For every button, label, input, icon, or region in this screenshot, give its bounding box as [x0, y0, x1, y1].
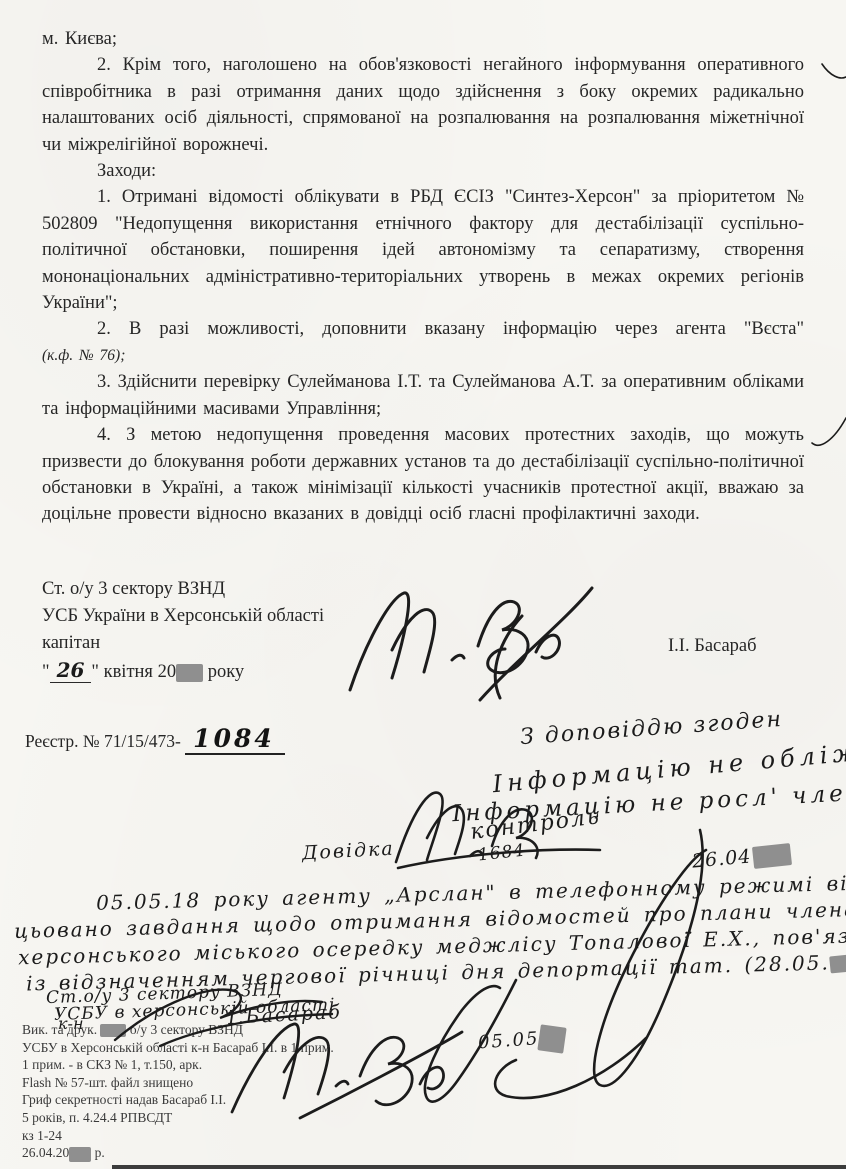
footer-line-7: кз 1-24: [22, 1127, 334, 1145]
redaction-executor: [100, 1024, 126, 1037]
footer-date-post: р.: [95, 1145, 105, 1160]
executor-footer: Вик. та друк. о/у 3 сектору ВЗНД УСБУ в …: [22, 1021, 334, 1162]
registry-label: Реєстр. № 71/15/473-: [25, 731, 181, 751]
measure-item-2: 2. В разі можливості, доповнити вказану …: [42, 316, 804, 342]
redaction-footer-year: [69, 1147, 91, 1162]
redaction-report-date-year: [537, 1024, 566, 1053]
measure-item-4: 4. З метою недопущення проведення масови…: [42, 422, 804, 528]
resolution-date: 26.04: [691, 845, 752, 872]
city-line: м. Києва;: [42, 26, 804, 52]
footer-line-8: 26.04.20 р.: [22, 1144, 334, 1162]
footer-line-4: Flash № 57-шт. файл знищено: [22, 1074, 334, 1092]
measure-item-3: 3. Здійснити перевірку Сулейманова І.Т. …: [42, 369, 804, 422]
date-open-quote: ": [42, 662, 50, 682]
redaction-resolution-year: [752, 843, 792, 869]
signature-main: [350, 588, 592, 700]
date-suffix: року: [208, 662, 244, 682]
footer-line-3: 1 прим. - в СКЗ № 1, т.150, арк.: [22, 1056, 334, 1074]
footer-line-1: Вик. та друк. о/у 3 сектору ВЗНД: [22, 1021, 334, 1039]
edge-pen-marks: [812, 64, 846, 445]
officer-block: Ст. о/у 3 сектору ВЗНД УСБ України в Хер…: [42, 576, 324, 686]
typed-text-block: м. Києва; 2. Крім того, наголошено на об…: [42, 26, 804, 528]
paragraph-2: 2. Крім того, наголошено на обов'язковос…: [42, 52, 804, 158]
measures-heading: Заходи:: [42, 158, 804, 184]
registry-number-handwritten: 1084: [185, 724, 285, 755]
footer-line-1-pre: Вик. та друк.: [22, 1022, 97, 1037]
redaction-year: [176, 664, 203, 682]
officer-rank: капітан: [42, 630, 324, 657]
scanned-document-page: м. Києва; 2. Крім того, наголошено на об…: [0, 0, 846, 1169]
resolution-number: 1684: [477, 841, 526, 866]
document-date-line: "26" квітня 20 року: [42, 657, 324, 686]
officer-position-line1: Ст. о/у 3 сектору ВЗНД: [42, 576, 324, 603]
footer-date-pre: 26.04.20: [22, 1145, 69, 1160]
handwritten-day: 26: [50, 658, 92, 683]
spravka-label: Довідка: [301, 838, 395, 865]
measure-item-1: 1. Отримані відомості облікувати в РБД Є…: [42, 184, 804, 316]
footer-line-2: УСБУ в Херсонській області к-н Басараб І…: [22, 1039, 334, 1057]
officer-position-line2: УСБ України в Херсонській області: [42, 603, 324, 630]
date-month-year: " квітня 20: [91, 662, 176, 682]
measure-item-2-note: (к.ф. № 76);: [42, 343, 804, 369]
footer-line-6: 5 років, п. 4.24.4 РПВСДТ: [22, 1109, 334, 1127]
scanner-edge-artifact: [112, 1165, 846, 1169]
registry-line: Реєстр. № 71/15/473- 1084: [25, 724, 285, 753]
redaction-report-year: [829, 954, 846, 974]
officer-name: І.І. Басараб: [668, 636, 757, 657]
resolution-line-1: З доповіддю згоден: [519, 707, 783, 750]
footer-line-1-post: о/у 3 сектору ВЗНД: [130, 1022, 243, 1037]
footer-line-5: Гриф секретності надав Басараб І.І.: [22, 1091, 334, 1109]
